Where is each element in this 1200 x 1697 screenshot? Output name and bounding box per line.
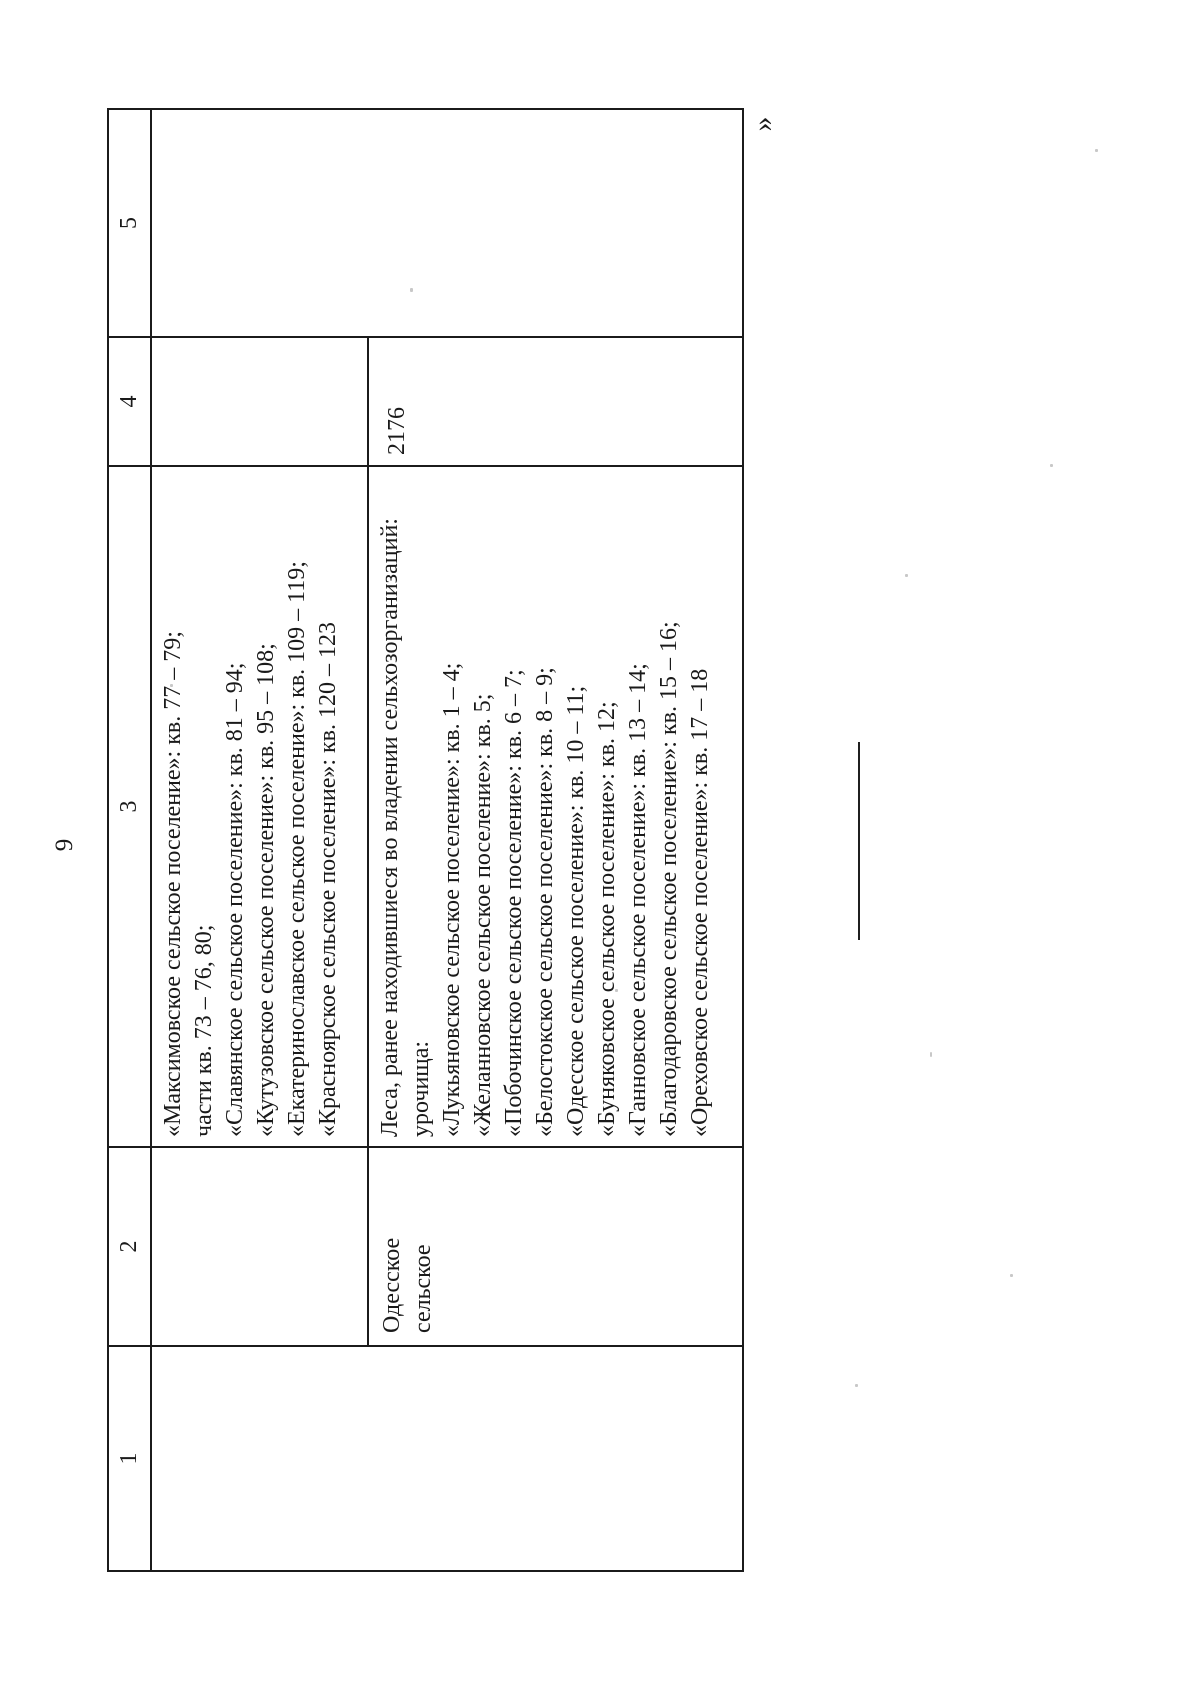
quarters-line: «Благодаровское сельское поселение»: кв.… <box>654 475 685 1137</box>
landscape-sheet: 9 1 2 3 4 5 «Максимовское сельское <box>0 0 1200 1697</box>
separator-line <box>858 742 860 940</box>
forest-quarters-table: 1 2 3 4 5 «Максимовское сельское поселен… <box>107 108 744 1572</box>
quarters-line: части кв. 73 – 76, 80; <box>189 475 220 1137</box>
quarters-line: Леса, ранее находившиеся во владении сел… <box>375 475 406 1137</box>
quarters-line: урочища: <box>406 475 437 1137</box>
quarters-line: «Ореховское сельское поселение»: кв. 17 … <box>685 475 716 1137</box>
column-header-5: 5 <box>108 109 151 337</box>
cell-row1-col5-merged <box>151 109 743 337</box>
column-header-1: 1 <box>108 1346 151 1571</box>
scan-speck <box>615 989 618 992</box>
scan-speck <box>1010 1274 1013 1277</box>
cell-row1-col4 <box>151 337 368 466</box>
column-header-3: 3 <box>108 466 151 1147</box>
cell-row2-col4: 2176 <box>368 337 743 466</box>
quarters-line: «Побочинское сельское поселение»: кв. 6 … <box>499 475 530 1137</box>
quarters-line: «Красноярское сельское поселение»: кв. 1… <box>313 475 344 1137</box>
closing-guillemet-mark: » <box>748 107 778 141</box>
scan-speck <box>1050 464 1053 467</box>
quarters-line: «Кутузовское сельское поселение»: кв. 95… <box>251 475 282 1137</box>
cell-row1-col1-merged <box>151 1346 743 1571</box>
table-header-row: 1 2 3 4 5 <box>108 109 151 1571</box>
quarters-line: «Буняковское сельское поселение»: кв. 12… <box>592 475 623 1137</box>
column-header-4: 4 <box>108 337 151 466</box>
scan-speck <box>930 1052 932 1057</box>
scanned-page: { "page": { "number": "9", "closing_mark… <box>0 0 1200 1697</box>
quarters-line: «Славянское сельское поселение»: кв. 81 … <box>220 475 251 1137</box>
cell-row1-col3: «Максимовское сельское поселение»: кв. 7… <box>151 466 368 1147</box>
quarters-list: «Максимовское сельское поселение»: кв. 7… <box>152 467 344 1146</box>
area-value: 2176 <box>369 338 413 465</box>
scan-speck <box>905 574 908 577</box>
quarters-line: «Одесское сельское поселение»: кв. 10 – … <box>561 475 592 1137</box>
quarters-line: «Ганновское сельское поселение»: кв. 13 … <box>623 475 654 1137</box>
quarters-line: «Лукьяновское сельское поселение»: кв. 1… <box>437 475 468 1137</box>
quarters-line: «Максимовское сельское поселение»: кв. 7… <box>158 475 189 1137</box>
cell-row2-col2: Одесское сельское <box>368 1147 743 1346</box>
quarters-line: «Екатеринославское сельское поселение»: … <box>282 475 313 1137</box>
scan-speck <box>170 684 173 687</box>
column-header-2: 2 <box>108 1147 151 1346</box>
quarters-line: «Белостокское сельское поселение»: кв. 8… <box>530 475 561 1137</box>
cell-row2-col3: Леса, ранее находившиеся во владении сел… <box>368 466 743 1147</box>
scan-speck <box>410 288 413 292</box>
quarters-list: Леса, ранее находившиеся во владении сел… <box>369 467 716 1146</box>
settlement-name: Одесское сельское <box>369 1148 439 1345</box>
cell-row1-col2 <box>151 1147 368 1346</box>
quarters-line: «Желанновское сельское поселение»: кв. 5… <box>468 475 499 1137</box>
scan-speck <box>855 1384 858 1387</box>
scan-speck <box>1095 149 1098 152</box>
page-number: 9 <box>52 800 77 890</box>
table-row: «Максимовское сельское поселение»: кв. 7… <box>151 109 368 1571</box>
scan-speck <box>330 774 333 777</box>
